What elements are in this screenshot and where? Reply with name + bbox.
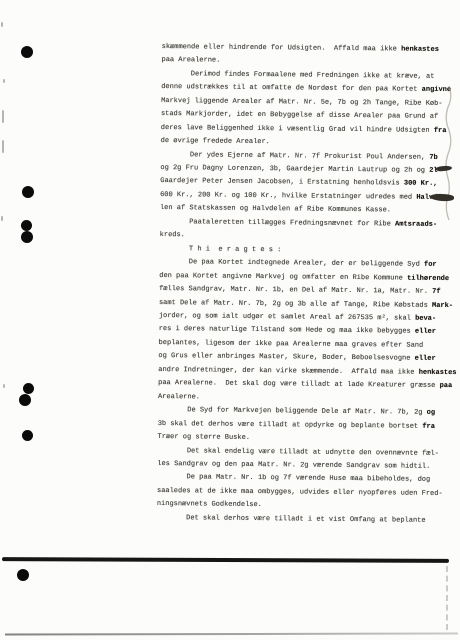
- text-line: Det skal derhos være tilladt i et vist O…: [157, 512, 455, 529]
- ink-dot: [21, 231, 33, 243]
- ink-dot: [17, 569, 29, 581]
- ink-dot: [22, 430, 33, 441]
- scan-page: skæmmende eller hindrende for Udsigten. …: [0, 0, 460, 640]
- document-lines: skæmmende eller hindrende for Udsigten. …: [157, 41, 460, 528]
- edge-speck: [2, 140, 4, 153]
- edge-speck: [3, 384, 5, 388]
- document-text: skæmmende eller hindrende for Udsigten. …: [156, 14, 460, 555]
- ink-dot: [22, 186, 34, 198]
- margin-scribble-mark: [440, 80, 460, 225]
- page-edge-dashes: [446, 566, 448, 630]
- edge-speck: [1, 216, 3, 221]
- photo-edge-line: [5, 633, 458, 636]
- ink-dot: [19, 394, 31, 406]
- edge-speck: [3, 79, 5, 83]
- edge-speck: [2, 110, 4, 123]
- ink-dot: [23, 383, 34, 394]
- ink-dot: [21, 220, 32, 231]
- ink-dot: [21, 46, 33, 58]
- page-bottom-separator-line: [2, 557, 449, 563]
- edge-speck: [1, 22, 3, 27]
